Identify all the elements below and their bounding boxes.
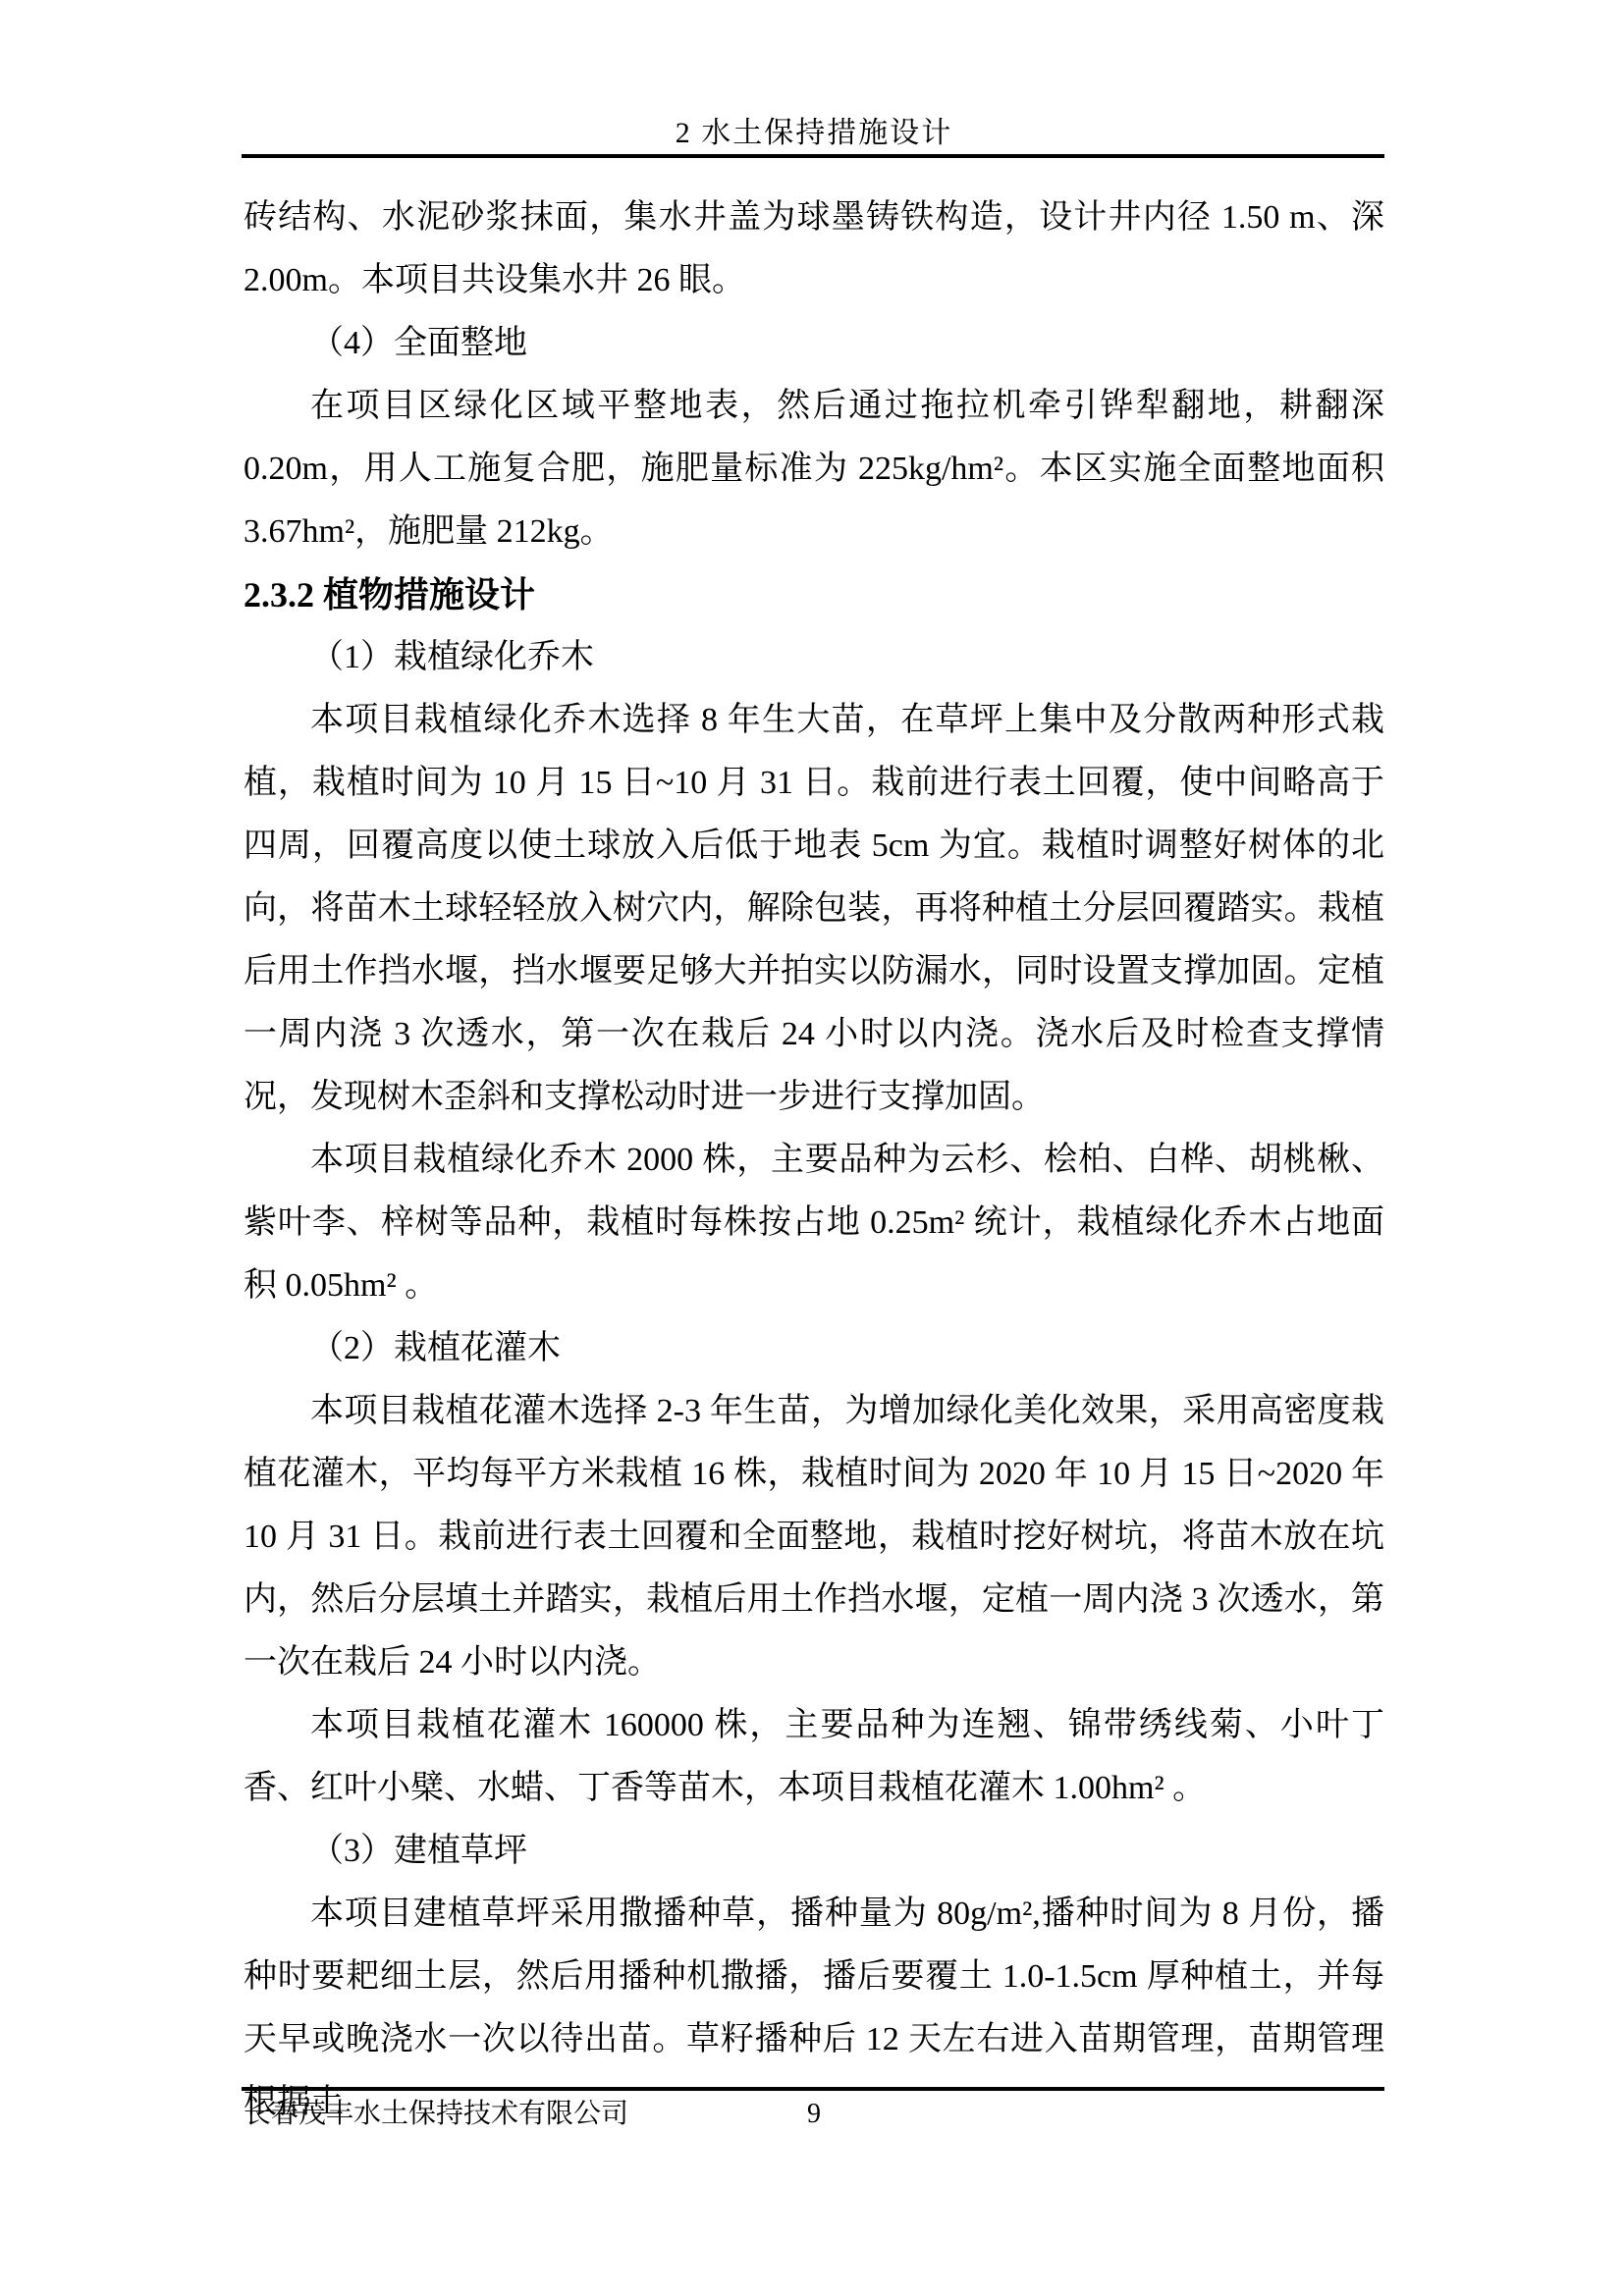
paragraph: （1）栽植绿化乔木 xyxy=(244,626,1384,689)
section-heading: 2.3.2 植物措施设计 xyxy=(244,563,1384,626)
page-footer: 长春茂丰水土保持技术有限公司 9 xyxy=(244,2093,1384,2136)
paragraph: 本项目栽植绿化乔木 2000 株，主要品种为云杉、桧柏、白桦、胡桃楸、紫叶李、梓… xyxy=(244,1129,1384,1317)
header-divider xyxy=(242,154,1384,158)
footer-divider xyxy=(242,2087,1384,2091)
paragraph: 在项目区绿化区域平整地表，然后通过拖拉机牵引铧犁翻地，耕翻深 0.20m，用人工… xyxy=(244,375,1384,563)
document-body: 砖结构、水泥砂浆抹面，集水井盖为球墨铸铁构造，设计井内径 1.50 m、深 2.… xyxy=(244,187,1384,2134)
document-page: 2 水土保持措施设计 砖结构、水泥砂浆抹面，集水井盖为球墨铸铁构造，设计井内径 … xyxy=(0,0,1624,2296)
paragraph: 本项目栽植花灌木选择 2-3 年生苗，为增加绿化美化效果，采用高密度栽植花灌木，… xyxy=(244,1380,1384,1694)
paragraph: 本项目栽植绿化乔木选择 8 年生大苗，在草坪上集中及分散两种形式栽植，栽植时间为… xyxy=(244,689,1384,1129)
chapter-header-title: 2 水土保持措施设计 xyxy=(244,108,1384,151)
paragraph: （3）建植草坪 xyxy=(244,1820,1384,1883)
paragraph: （2）栽植花灌木 xyxy=(244,1317,1384,1380)
page-number: 9 xyxy=(244,2093,1384,2136)
paragraph: （4）全面整地 xyxy=(244,312,1384,375)
paragraph: 砖结构、水泥砂浆抹面，集水井盖为球墨铸铁构造，设计井内径 1.50 m、深 2.… xyxy=(244,187,1384,312)
paragraph: 本项目栽植花灌木 160000 株，主要品种为连翘、锦带绣线菊、小叶丁香、红叶小… xyxy=(244,1694,1384,1820)
